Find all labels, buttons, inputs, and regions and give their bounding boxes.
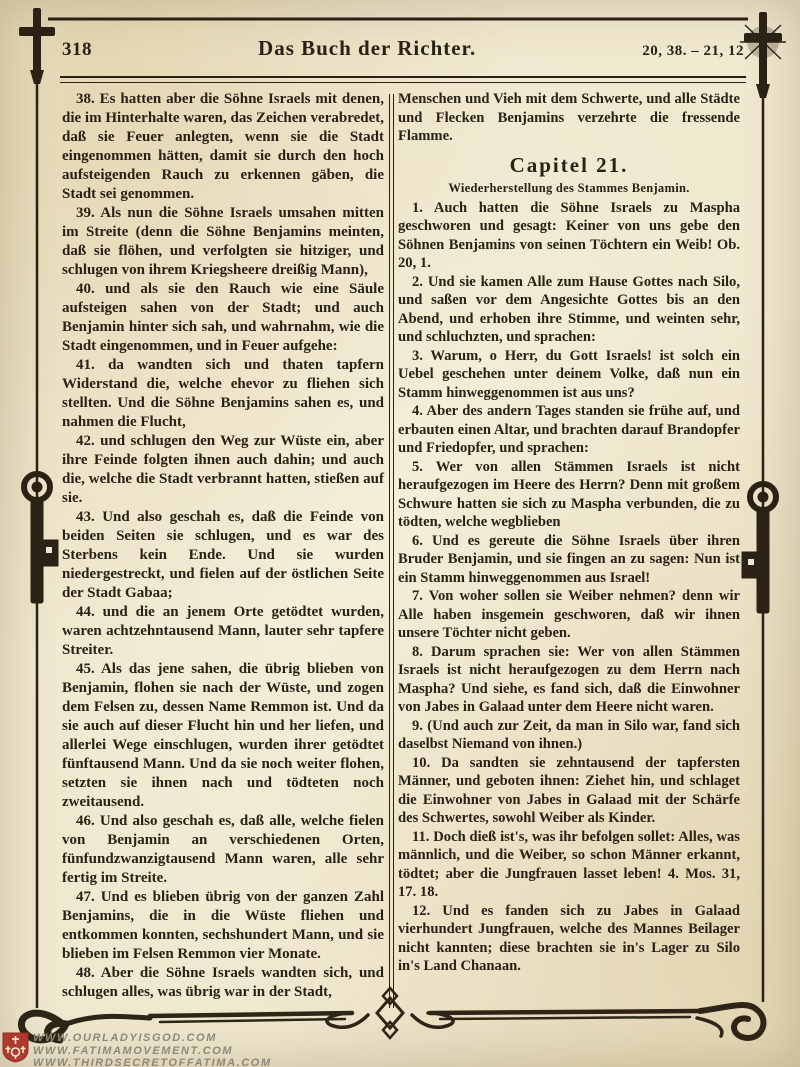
verse-range: 20, 38. – 21, 12 — [642, 43, 744, 60]
watermark-line: WWW.OURLADYISGOD.COM — [33, 1032, 272, 1045]
scanned-bible-page: 318 Das Buch der Richter. 20, 38. – 21, … — [0, 0, 800, 1067]
text-columns: 38. Es hatten aber die Söhne Israels mit… — [62, 90, 742, 1008]
watermark-urls: WWW.OURLADYISGOD.COM WWW.FATIMAMOVEMENT.… — [33, 1032, 272, 1067]
verse-paragraph: 45. Als das jene sahen, die übrig bliebe… — [62, 660, 384, 812]
verse-paragraph: 42. und schlugen den Weg zur Wüste ein, … — [62, 432, 384, 508]
verse-paragraph: 12. Und es fanden sich zu Jabes in Galaa… — [398, 902, 740, 976]
watermark-line: WWW.FATIMAMOVEMENT.COM — [33, 1045, 272, 1058]
left-column: 38. Es hatten aber die Söhne Israels mit… — [62, 90, 384, 1008]
verse-paragraph: 46. Und also geschah es, daß alle, welch… — [62, 812, 384, 888]
verse-paragraph: 4. Aber des andern Tages standen sie frü… — [398, 402, 740, 458]
shield-logo — [2, 1032, 29, 1063]
key-icon — [742, 484, 776, 613]
verse-paragraph: 47. Und es blieben übrig von der ganzen … — [62, 888, 384, 964]
key-icon — [24, 474, 58, 603]
verse-paragraph: 43. Und also geschah es, daß die Feinde … — [62, 508, 384, 603]
verse-paragraph: 7. Von woher sollen sie Weiber nehmen? d… — [398, 587, 740, 643]
watermark-line: WWW.THIRDSECRETOFFATIMA.COM — [33, 1057, 272, 1067]
verse-paragraph: 2. Und sie kamen Alle zum Hause Gottes n… — [398, 273, 740, 347]
verse-paragraph: 9. (Und auch zur Zeit, da man in Silo wa… — [398, 717, 740, 754]
verse-paragraph: 8. Darum sprachen sie: Wer von allen Stä… — [398, 643, 740, 717]
watermark: WWW.OURLADYISGOD.COM WWW.FATIMAMOVEMENT.… — [2, 1032, 272, 1067]
column-divider-rule — [389, 94, 394, 1008]
verse-paragraph: 6. Und es gereute die Söhne Israels über… — [398, 532, 740, 588]
header-double-rule — [60, 76, 746, 83]
verse-paragraph: 5. Wer von allen Stämmen Israels ist nic… — [398, 458, 740, 532]
running-head: 318 Das Buch der Richter. 20, 38. – 21, … — [62, 36, 744, 61]
verse-paragraph: 40. und als sie den Rauch wie eine Säule… — [62, 280, 384, 356]
cross-icon — [740, 12, 786, 98]
verse-paragraph: 1. Auch hatten die Söhne Israels zu Masp… — [398, 199, 740, 273]
verse-continuation-paragraph: Menschen und Vieh mit dem Schwerte, und … — [398, 90, 740, 146]
verse-paragraph: 11. Doch dieß ist's, was ihr befolgen so… — [398, 828, 740, 902]
verse-paragraph: 38. Es hatten aber die Söhne Israels mit… — [62, 90, 384, 204]
verse-paragraph: 44. und die an jenem Orte getödtet wurde… — [62, 603, 384, 660]
chapter-subtitle: Wiederherstellung des Stammes Benjamin. — [398, 181, 740, 196]
verse-paragraph: 41. da wandten sich und thaten tapfern W… — [62, 356, 384, 432]
verse-paragraph: 48. Aber die Söhne Israels wandten sich,… — [62, 964, 384, 1002]
verse-paragraph: 39. Als nun die Söhne Israels umsahen mi… — [62, 204, 384, 280]
right-column: Menschen und Vieh mit dem Schwerte, und … — [398, 90, 740, 1008]
chapter-heading: Capitel 21. — [398, 153, 740, 178]
page-number: 318 — [62, 39, 92, 61]
book-title: Das Buch der Richter. — [92, 36, 642, 61]
verse-paragraph: 3. Warum, o Herr, du Gott Israels! ist s… — [398, 347, 740, 403]
verse-paragraph: 10. Da sandten sie zehntausend der tapfe… — [398, 754, 740, 828]
